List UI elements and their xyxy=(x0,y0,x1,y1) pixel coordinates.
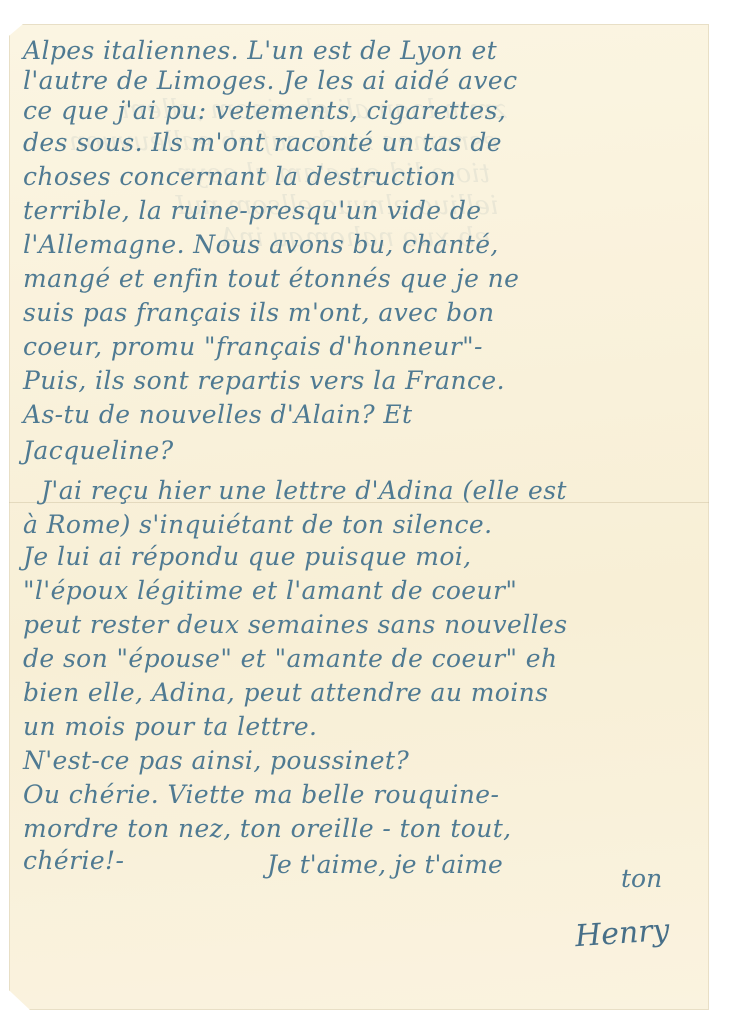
letter-line: coeur, promu "français d'honneur"- xyxy=(23,332,483,361)
letter-line: mordre ton nez, ton oreille - ton tout, xyxy=(23,814,512,843)
letter-line: à Rome) s'inquiétant de ton silence. xyxy=(23,510,492,539)
letter-line: des sous. Ils m'ont raconté un tas de xyxy=(23,128,502,157)
letter-line: terrible, la ruine-presqu'un vide de xyxy=(23,196,481,225)
letter-line: N'est-ce pas ainsi, poussinet? xyxy=(23,746,409,775)
letter-line: l'autre de Limoges. Je les ai aidé avec xyxy=(23,66,517,95)
letter-line: As-tu de nouvelles d'Alain? Et xyxy=(23,400,412,429)
valediction: ton xyxy=(621,864,662,893)
letter-line: Je lui ai répondu que puisque moi, xyxy=(23,542,472,571)
letter-line: Alpes italiennes. L'un est de Lyon et xyxy=(23,36,497,65)
letter-line: suis pas français ils m'ont, avec bon xyxy=(23,298,494,327)
letter-line: Puis, ils sont repartis vers la France. xyxy=(23,366,505,395)
letter-line: de son "épouse" et "amante de coeur" eh xyxy=(23,644,557,673)
letter-line: "l'époux légitime et l'amant de coeur" xyxy=(23,576,517,605)
letter-line: Jacqueline? xyxy=(23,436,174,465)
letter-line: Ou chérie. Viette ma belle rouquine- xyxy=(23,780,499,809)
letter-line: l'Allemagne. Nous avons bu, chanté, xyxy=(23,230,499,259)
closing-line: Je t'aime, je t'aime xyxy=(267,850,503,879)
letter-line: ce que j'ai pu: vetements, cigarettes, xyxy=(23,96,506,125)
signature: Henry xyxy=(574,913,671,955)
letter-line: mangé et enfin tout étonnés que je ne xyxy=(23,264,519,293)
letter-line: J'ai reçu hier une lettre d'Adina (elle … xyxy=(41,476,567,505)
letter-line: un mois pour ta lettre. xyxy=(23,712,317,741)
letter-line: chérie!- xyxy=(23,846,124,875)
letter-page: zmm loqn ali eb sinom ,allem esnamea xua… xyxy=(9,24,709,1010)
letter-line: peut rester deux semaines sans nouvelles xyxy=(23,610,567,639)
letter-line: choses concernant la destruction xyxy=(23,162,456,191)
letter-line: bien elle, Adina, peut attendre au moins xyxy=(23,678,548,707)
